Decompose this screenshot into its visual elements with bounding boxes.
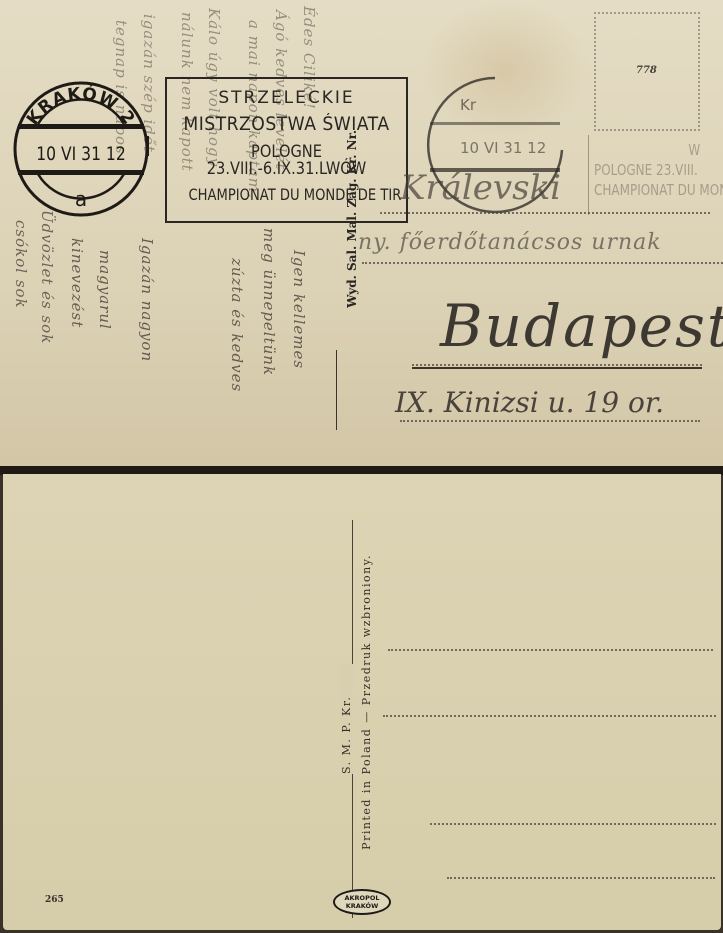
svg-text:10 VI 31 12: 10 VI 31 12 (36, 144, 126, 166)
address-line (388, 649, 713, 651)
address-line (383, 715, 716, 717)
recipient-name: Králevski (400, 168, 561, 208)
publisher-imprint: S. M. P. Kr. (340, 664, 353, 774)
divider-line (336, 350, 337, 430)
svg-text:10 VI 31 12: 10 VI 31 12 (460, 139, 546, 157)
divider-line (588, 135, 589, 215)
message-line: csókol sok (12, 220, 30, 309)
address-line (412, 364, 702, 366)
krakow-postmark: KRAKÓW 2 10 VI 31 12 a (10, 78, 152, 220)
recipient-street: IX. Kinizsi u. 19 or. (395, 386, 664, 419)
card-serial-number: 265 (45, 895, 64, 905)
slogan-cancellation: STRZELECKIE MISTRZOSTWA ŚWIATA POLOGNE 2… (165, 77, 408, 223)
message-line: Igen kellemes (290, 250, 308, 369)
postcard-front-written: Édes Ciliké! Ágó kedves levelét a mai na… (0, 0, 723, 468)
slogan-line: MISTRZOSTWA ŚWIATA (175, 116, 397, 135)
faint-slogan-cancellation: W POLOGNE 23.VIII. CHAMPIONAT DU MONDE D… (594, 140, 723, 200)
message-line: Üdvözlet és sok (38, 210, 56, 344)
recipient-city: Budapest (440, 292, 723, 360)
printed-in-poland-notice: Printed in Poland — Przedruk wzbroniony. (360, 554, 373, 850)
city-underline (412, 367, 702, 369)
akropol-logo: AKROPOL KRAKÓW (333, 889, 391, 915)
postcard-back-blank: S. M. P. Kr. Printed in Poland — Przedru… (3, 474, 721, 930)
slogan-line: STRZELECKIE (167, 90, 406, 107)
message-line: zúzta és kedves (228, 258, 246, 392)
address-line (400, 420, 700, 422)
address-line (447, 877, 715, 879)
svg-text:a: a (75, 187, 87, 211)
publisher-imprint: Wyd. Sal. Mal. Zag. Kr. Nr. (345, 130, 359, 308)
address-line (380, 212, 710, 214)
recipient-title: ny. főerdőtanácsos urnak (358, 230, 662, 255)
message-line: kinevezést (68, 238, 86, 328)
message-line: magyarul (96, 250, 114, 330)
message-line: meg ünnepeltünk (260, 228, 278, 376)
svg-text:Kr: Kr (460, 96, 477, 114)
address-line (362, 262, 723, 264)
postmark-circle-icon: KRAKÓW 2 10 VI 31 12 a (10, 78, 152, 220)
message-line: Igazán nagyon (138, 238, 156, 362)
stamp-box-number: 778 (636, 65, 657, 76)
address-line (430, 823, 716, 825)
svg-text:KRAKÓW 2: KRAKÓW 2 (23, 82, 139, 129)
